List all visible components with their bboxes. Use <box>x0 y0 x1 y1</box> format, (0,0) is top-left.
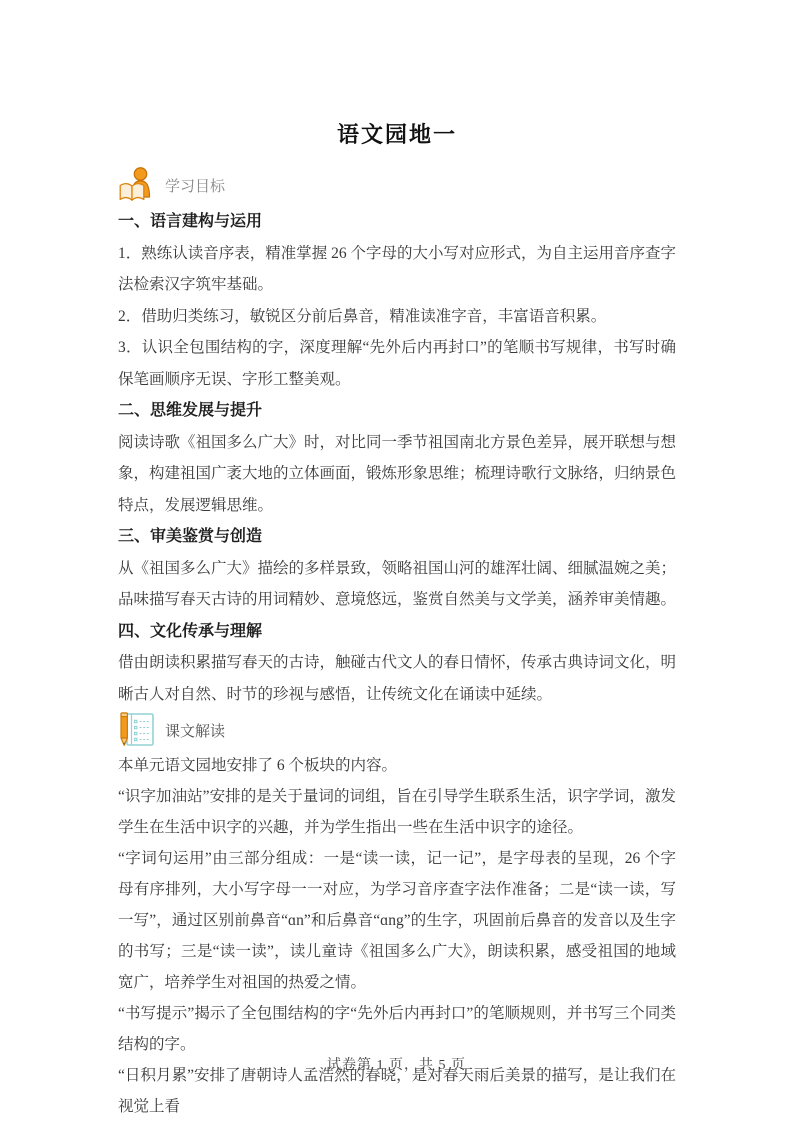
paragraph: “书写提示”揭示了全包围结构的字“先外后内再封口”的笔顺规则，并书写三个同类结构… <box>118 998 676 1060</box>
paragraph: 阅读诗歌《祖国多么广大》时，对比同一季节祖国南北方景色差异，展开联想与想象，构建… <box>118 427 676 522</box>
paragraph: “字词句运用”由三部分组成：一是“读一读，记一记”，是字母表的呈现，26 个字母… <box>118 843 676 998</box>
paragraph: 从《祖国多么广大》描绘的多样景致，领略祖国山河的雄浑壮阔、细腻温婉之美；品味描写… <box>118 553 676 616</box>
section-heading: 二、思维发展与提升 <box>118 395 676 427</box>
learning-goals-badge: 学习目标 <box>118 164 676 206</box>
text-analysis-label: 课文解读 <box>165 720 225 741</box>
person-reading-book-icon <box>118 166 156 204</box>
paragraph: 1．熟练认读音序表，精准掌握 26 个字母的大小写对应形式，为自主运用音序查字法… <box>118 238 676 301</box>
section-heading: 一、语言建构与运用 <box>118 206 676 238</box>
document-page: 语文园地一 学习目标 一、语言建构与运用1．熟练认读音序表，精准掌握 26 个字… <box>0 0 793 1122</box>
paragraph: 3．认识全包围结构的字，深度理解“先外后内再封口”的笔顺书写规律，书写时确保笔画… <box>118 332 676 395</box>
notebook-pencil-icon <box>118 711 156 749</box>
text-analysis-badge: 课文解读 <box>118 710 676 750</box>
document-content: 语文园地一 学习目标 一、语言建构与运用1．熟练认读音序表，精准掌握 26 个字… <box>118 120 676 1122</box>
section-heading: 四、文化传承与理解 <box>118 616 676 648</box>
section-heading: 三、审美鉴赏与创造 <box>118 521 676 553</box>
paragraph: 借由朗读积累描写春天的古诗，触碰古代文人的春日情怀，传承古典诗词文化，明晰古人对… <box>118 647 676 710</box>
learning-goals-label: 学习目标 <box>165 175 225 196</box>
paragraph: “识字加油站”安排的是关于量词的词组，旨在引导学生联系生活，识字学词，激发学生在… <box>118 781 676 843</box>
learning-goals-blocks: 一、语言建构与运用1．熟练认读音序表，精准掌握 26 个字母的大小写对应形式，为… <box>118 206 676 710</box>
page-title: 语文园地一 <box>118 120 676 150</box>
page-footer: 试卷第 1 页，共 5 页 <box>0 1054 793 1074</box>
paragraph: 2．借助归类练习，敏锐区分前后鼻音，精准读准字音，丰富语音积累。 <box>118 301 676 333</box>
paragraph: 本单元语文园地安排了 6 个板块的内容。 <box>118 750 676 781</box>
